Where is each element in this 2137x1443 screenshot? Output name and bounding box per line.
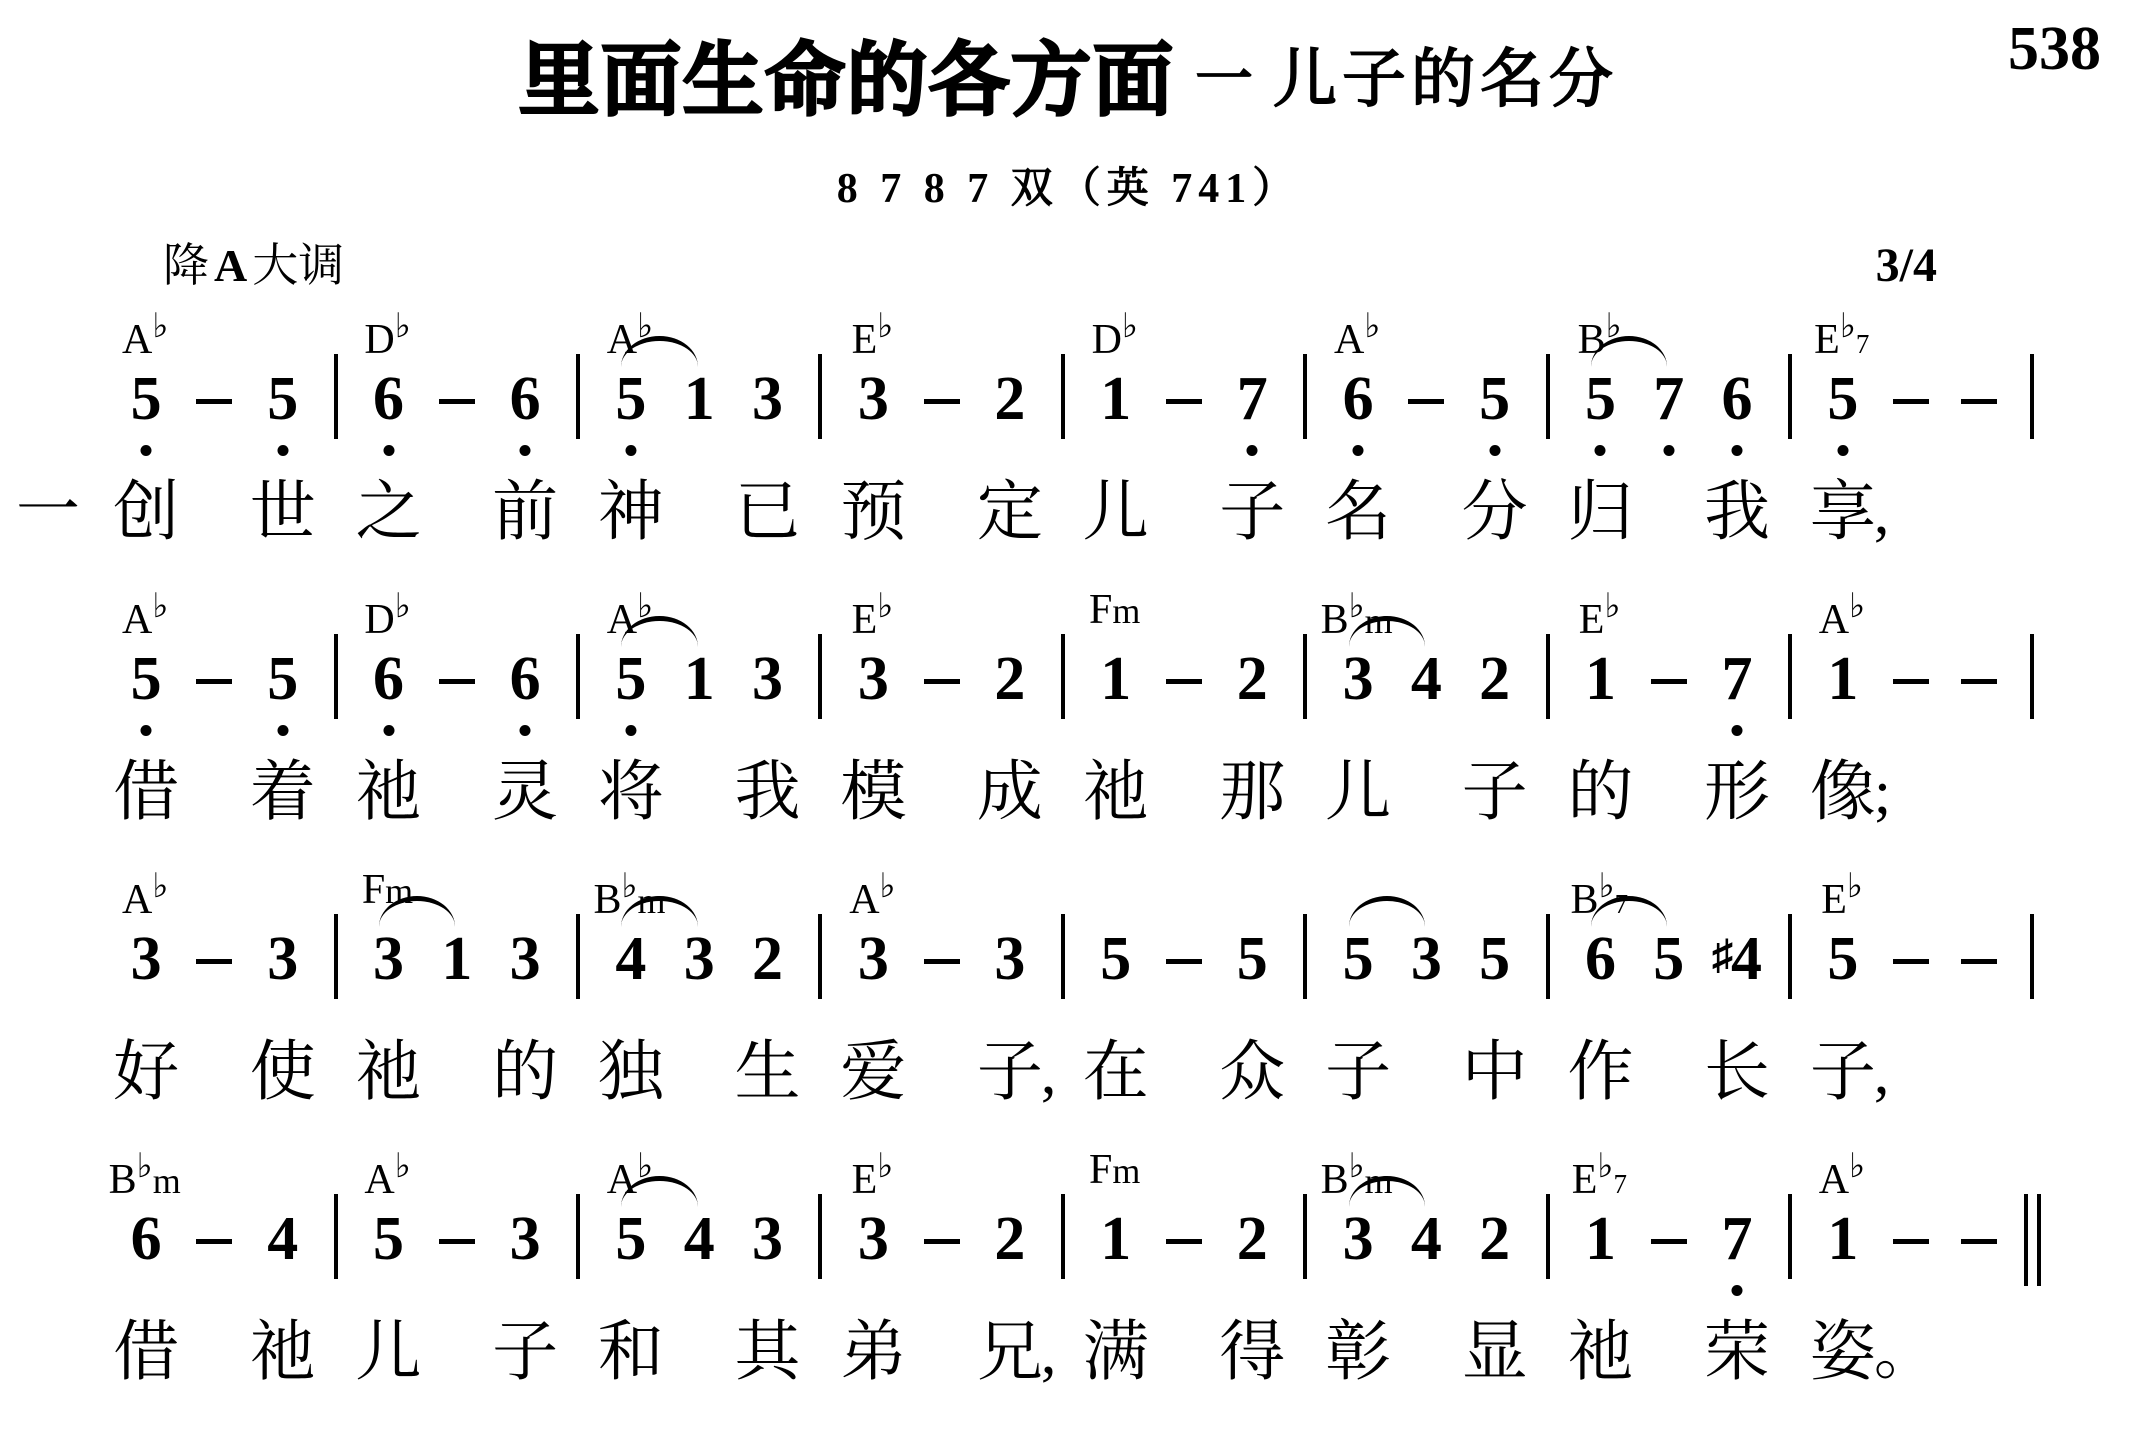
barline (818, 914, 822, 999)
barline (334, 354, 338, 439)
lyric-cell (907, 743, 975, 843)
duration-dash (1961, 399, 1997, 404)
lyric-cell: 子 (1461, 743, 1529, 843)
lyric-syllable: 祂 (1083, 747, 1149, 839)
lyric-cell (2014, 463, 2052, 563)
duration-dash (439, 1239, 475, 1244)
music-system: A♭33Fm313B♭m432A♭3355535B♭765♯4E♭5好使祂的独生… (0, 865, 2137, 1123)
note-digit: 3 (1411, 923, 1442, 995)
barline (1303, 354, 1307, 439)
lyric-cell (317, 463, 355, 563)
flat-sign: ♭ (1349, 588, 1365, 625)
lyric-cell: 归 (1566, 463, 1634, 563)
lyric-syllable: 成 (977, 747, 1043, 839)
chord-root: A (364, 1157, 394, 1203)
flat-sign: ♭ (152, 308, 168, 345)
duration-dash (439, 399, 475, 404)
note-cell (1635, 643, 1703, 719)
lyric-cell: 祂 (1566, 1303, 1634, 1403)
chord-root: A (849, 877, 879, 923)
octave-dot (1595, 445, 1606, 456)
lyric-cell: 分 (1461, 463, 1529, 563)
barline-cell (1044, 1203, 1082, 1279)
lyric-cell: 之 (354, 463, 422, 563)
barline (2030, 634, 2034, 719)
note-cell: 4 (1392, 643, 1460, 719)
barline-cell (1771, 363, 1809, 439)
note-cell: 2 (1218, 643, 1286, 719)
lyric-syllable: 前 (492, 467, 558, 559)
time-signature: 3/4 (1876, 238, 1937, 293)
lyric-cell (1945, 743, 2013, 843)
octave-dot (1732, 1285, 1743, 1296)
lyric-cell: 儿 (1324, 743, 1392, 843)
flat-sign: ♭ (395, 1148, 411, 1185)
duration-dash (1893, 959, 1929, 964)
chord-root: A (122, 597, 152, 643)
chord-root: E (852, 1157, 878, 1203)
note-digit: 5 (131, 643, 162, 715)
duration-dash (924, 1239, 960, 1244)
lyric-syllable: 神 (598, 467, 664, 559)
note-digit: 4 (684, 1203, 715, 1275)
lyric-cell: 使 (249, 1023, 317, 1123)
lyric-cell (1044, 743, 1082, 843)
lyric-cell: 世 (249, 463, 317, 563)
lyric-syllable: 我 (1704, 467, 1770, 559)
duration-dash (439, 679, 475, 684)
chord-root: A (1819, 1157, 1849, 1203)
note-cell: B♭m4 (597, 923, 665, 999)
note-digit: 5 (1827, 923, 1858, 995)
note-digit: 5 (373, 1203, 404, 1275)
duration-dash (1961, 679, 1997, 684)
barline-cell (1044, 363, 1082, 439)
lyric-syllable: 享, (1810, 467, 1876, 559)
note-cell (1945, 1203, 2013, 1279)
octave-dot (141, 725, 152, 736)
barline (576, 914, 580, 999)
lyric-cell: 预 (839, 463, 907, 563)
lyric-syllable: 弟 (840, 1307, 906, 1399)
barline-cell (317, 643, 355, 719)
lyric-syllable: 我 (734, 747, 800, 839)
lyric-syllable: 那 (1219, 747, 1285, 839)
lyric-cell: 得 (1218, 1303, 1286, 1403)
note-cell: 7 (1218, 363, 1286, 439)
duration-dash (1961, 959, 1997, 964)
barline (1788, 354, 1792, 439)
barline-cell (1044, 643, 1082, 719)
note-digit: 3 (510, 1203, 541, 1275)
note-cell (423, 363, 491, 439)
note-cell: B♭76 (1566, 923, 1634, 999)
note-digit: 1 (1100, 1203, 1131, 1275)
note-digit: 7 (1237, 363, 1268, 435)
lyric-syllable: 独 (598, 1027, 664, 1119)
chord-symbol: A♭ (1334, 306, 1380, 364)
duration-dash (1166, 959, 1202, 964)
lyric-cell: 在 (1082, 1023, 1150, 1123)
note-cell: B♭m3 (1324, 643, 1392, 719)
note-cell: 1 (665, 643, 733, 719)
note-cell: A♭5 (597, 363, 665, 439)
barline-cell (802, 1203, 840, 1279)
note-digit: 6 (131, 1203, 162, 1275)
chord-symbol: D♭ (364, 306, 410, 364)
note-digit: 3 (752, 1203, 783, 1275)
barline (818, 634, 822, 719)
chord-symbol: E♭ (1821, 866, 1863, 924)
barline-cell (317, 1203, 355, 1279)
chord-root: E (1814, 317, 1840, 363)
octave-dot (1247, 445, 1258, 456)
note-cell: 4 (1392, 1203, 1460, 1279)
barline (1061, 634, 1065, 719)
note-cell (907, 363, 975, 439)
note-cell (180, 643, 248, 719)
flat-sign: ♭ (1849, 1148, 1865, 1185)
barline-cell (2014, 643, 2052, 719)
barline (1303, 914, 1307, 999)
note-cell (907, 643, 975, 719)
lyric-cell: 姿。 (1809, 1303, 1877, 1403)
note-digit: 5 (1585, 363, 1616, 435)
barline-cell (1286, 1203, 1324, 1279)
lyric-cell: 子 (1324, 1023, 1392, 1123)
lyric-cell (802, 1303, 840, 1403)
lyric-cell (559, 1303, 597, 1403)
lyric-cell: 的 (1566, 743, 1634, 843)
lyric-cell (1044, 1023, 1082, 1123)
lyric-cell: 祂 (354, 743, 422, 843)
note-cell: 6 (491, 363, 559, 439)
duration-dash (196, 679, 232, 684)
lyric-cell (423, 463, 491, 563)
chord-symbol: D♭ (1092, 306, 1138, 364)
lyric-cell (559, 743, 597, 843)
chord-root: E (1821, 877, 1847, 923)
flat-sign: ♭ (395, 588, 411, 625)
lyric-syllable: 的 (1567, 747, 1633, 839)
barline-cell (1044, 923, 1082, 999)
note-cell: D♭6 (354, 643, 422, 719)
lyric-cell: 生 (733, 1023, 801, 1123)
music-system: A♭55D♭66A♭513E♭32Fm12B♭m342E♭17A♭1借着祂灵将我… (0, 585, 2137, 843)
lyric-cell (907, 463, 975, 563)
note-digit: 5 (1100, 923, 1131, 995)
note-cell: B♭m3 (1324, 1203, 1392, 1279)
lyric-cell (665, 1023, 733, 1123)
lyric-cell (1529, 1303, 1567, 1403)
barline (576, 634, 580, 719)
duration-dash (1893, 1239, 1929, 1244)
lyric-cell: 我 (1703, 463, 1771, 563)
octave-dot (383, 445, 394, 456)
note-digit: 3 (858, 1203, 889, 1275)
note-digit: 5 (1479, 363, 1510, 435)
note-digit: 1 (441, 923, 472, 995)
chord-symbol: E♭ (852, 586, 894, 644)
chord-symbol: B♭m (109, 1146, 181, 1204)
hymn-sheet: 538 里面生命的各方面 一 儿子的名分 8 7 8 7 双（英 741） 降A… (0, 0, 2137, 1443)
lyric-cell: 着 (249, 743, 317, 843)
lyric-cell (180, 463, 248, 563)
note-digit: 1 (1827, 643, 1858, 715)
chord-root: F (1089, 1147, 1112, 1193)
note-cell: D♭6 (354, 363, 422, 439)
barline (576, 1194, 580, 1279)
lyric-syllable: 爱 (840, 1027, 906, 1119)
lyric-cell: 名 (1324, 463, 1392, 563)
lyric-cell: 儿 (1082, 463, 1150, 563)
flat-sign: ♭ (1122, 308, 1138, 345)
lyric-cell (2014, 743, 2052, 843)
lyric-syllable: 将 (598, 747, 664, 839)
chord-symbol: A♭ (122, 866, 168, 924)
lyric-cell (1945, 1303, 2013, 1403)
lyric-cell: 已 (733, 463, 801, 563)
barline-cell (559, 363, 597, 439)
lyric-cell (1771, 743, 1809, 843)
lyric-cell: 众 (1218, 1023, 1286, 1123)
note-cell: 3 (733, 1203, 801, 1279)
note-cell: 6 (491, 643, 559, 719)
note-digit: 5 (267, 363, 298, 435)
lyric-cell: 创 (112, 463, 180, 563)
lyrics-row: 一创世之前神已预定儿子名分归我享, (0, 463, 2137, 563)
lyric-cell (559, 1023, 597, 1123)
note-cell (180, 363, 248, 439)
note-cell: 3 (491, 923, 559, 999)
key-prefix: 降 (163, 240, 209, 291)
lyric-cell: 模 (839, 743, 907, 843)
lyric-syllable: 得 (1219, 1307, 1285, 1399)
lyrics-row: 借祂儿子和其弟兄,满得彰显祂荣姿。 (0, 1303, 2137, 1403)
lyric-cell: 祂 (354, 1023, 422, 1123)
note-digit: 5 (131, 363, 162, 435)
lyric-syllable: 兄, (977, 1307, 1043, 1399)
lyric-cell (1771, 463, 1809, 563)
note-cell (1150, 923, 1218, 999)
key-row: 降A大调 3/4 (0, 229, 2137, 295)
octave-dot (1837, 445, 1848, 456)
lyric-cell: 我 (733, 743, 801, 843)
note-cell: 5 (1461, 363, 1529, 439)
duration-dash (924, 959, 960, 964)
chord-symbol: D♭ (364, 586, 410, 644)
lyric-cell (2014, 1023, 2052, 1123)
note-digit: 3 (994, 923, 1025, 995)
chord-root: E (852, 597, 878, 643)
note-cell (180, 1203, 248, 1279)
lyric-cell (907, 1303, 975, 1403)
chord-symbol: Fm (1089, 586, 1140, 634)
note-cell: E♭75 (1809, 363, 1877, 439)
octave-dot (277, 725, 288, 736)
lyric-cell: 好 (112, 1023, 180, 1123)
lyric-cell (180, 743, 248, 843)
note-digit: 2 (994, 363, 1025, 435)
note-cell (1635, 1203, 1703, 1279)
lyric-syllable: 荣 (1704, 1307, 1770, 1399)
chord-symbol: E♭7 (1572, 1146, 1627, 1204)
note-digit: 5 (615, 1203, 646, 1275)
chord-root: B (1321, 597, 1349, 643)
lyric-cell (559, 463, 597, 563)
chord-symbol: A♭ (849, 866, 895, 924)
note-digit: 3 (267, 923, 298, 995)
note-cell: A♭1 (1809, 643, 1877, 719)
lyric-cell (1635, 463, 1703, 563)
octave-dot (1489, 445, 1500, 456)
barline (818, 354, 822, 439)
barline (1061, 1194, 1065, 1279)
lyric-syllable: 之 (356, 467, 422, 559)
note-digit: 2 (994, 1203, 1025, 1275)
note-cell: 2 (733, 923, 801, 999)
barline (1788, 634, 1792, 719)
note-cell (1150, 643, 1218, 719)
lyric-syllable: 在 (1083, 1027, 1149, 1119)
lyric-cell (1286, 1303, 1324, 1403)
barline-cell (559, 923, 597, 999)
note-cell: 5 (1461, 923, 1529, 999)
note-cell: 2 (1218, 1203, 1286, 1279)
barline-cell (802, 923, 840, 999)
lyrics-row: 好使祂的独生爱子,在众子中作长子, (0, 1023, 2137, 1123)
barline-cell (1529, 1203, 1567, 1279)
duration-dash (1651, 1239, 1687, 1244)
barline-cell (1286, 643, 1324, 719)
lyric-cell: 满 (1082, 1303, 1150, 1403)
music-row: A♭55D♭66A♭513E♭32Fm12B♭m342E♭17A♭1 (0, 585, 2137, 719)
note-digit: 2 (1479, 1203, 1510, 1275)
note-digit: 5 (1827, 363, 1858, 435)
duration-dash (924, 679, 960, 684)
note-cell: 2 (976, 363, 1044, 439)
barline-cell (317, 923, 355, 999)
barline-cell (802, 643, 840, 719)
lyric-cell: 和 (597, 1303, 665, 1403)
note-digit: 3 (752, 363, 783, 435)
lyric-syllable: 借 (113, 1307, 179, 1399)
barline (1061, 354, 1065, 439)
note-digit: 3 (510, 923, 541, 995)
lyric-syllable: 分 (1462, 467, 1528, 559)
flat-sign: ♭ (877, 588, 893, 625)
note-digit: 5 (1343, 923, 1374, 995)
lyric-cell (423, 1023, 491, 1123)
lyric-cell (665, 743, 733, 843)
note-digit: 3 (1343, 1203, 1374, 1275)
key-signature: 降A大调 (163, 229, 344, 295)
title-main: 里面生命的各方面 (519, 16, 1175, 131)
verse-number: 一 (16, 463, 80, 559)
barline-cell (1771, 923, 1809, 999)
lyric-syllable: 预 (840, 467, 906, 559)
lyric-syllable: 模 (840, 747, 906, 839)
note-digit: 4 (615, 923, 646, 995)
lyric-cell (1392, 1023, 1460, 1123)
lyric-syllable: 作 (1567, 1027, 1633, 1119)
barline (576, 354, 580, 439)
chord-root: E (1579, 597, 1605, 643)
note-cell: 2 (976, 643, 1044, 719)
octave-dot (625, 725, 636, 736)
music-row: A♭55D♭66A♭513E♭32D♭17A♭65B♭576E♭75 (0, 305, 2137, 439)
barline-cell (2014, 1203, 2052, 1279)
music-system: A♭55D♭66A♭513E♭32D♭17A♭65B♭576E♭75一创世之前神… (0, 305, 2137, 563)
note-digit: 3 (752, 643, 783, 715)
barline (1788, 914, 1792, 999)
note-digit: 4 (1411, 643, 1442, 715)
note-digit: 3 (858, 643, 889, 715)
note-digit: 3 (131, 923, 162, 995)
note-digit: 6 (1343, 363, 1374, 435)
note-cell: B♭5 (1566, 363, 1634, 439)
lyric-cell (1392, 1303, 1460, 1403)
lyric-cell (1771, 1023, 1809, 1123)
note-cell: 3 (733, 643, 801, 719)
barline (2037, 1194, 2041, 1286)
lyric-cell (1771, 1303, 1809, 1403)
music-row: A♭33Fm313B♭m432A♭3355535B♭765♯4E♭5 (0, 865, 2137, 999)
note-digit: 6 (510, 363, 541, 435)
lyric-cell (1635, 1303, 1703, 1403)
chord-symbol: E♭ (852, 1146, 894, 1204)
note-cell: A♭5 (354, 1203, 422, 1279)
note-cell: E♭5 (1809, 923, 1877, 999)
note-digit: 2 (1237, 643, 1268, 715)
barline (334, 1194, 338, 1279)
flat-sign: ♭ (1349, 1148, 1365, 1185)
octave-dot (141, 445, 152, 456)
note-digit: 5 (1237, 923, 1268, 995)
meter-line: 8 7 8 7 双（英 741） (0, 155, 2137, 215)
lyric-cell (1150, 743, 1218, 843)
lyric-syllable: 像; (1810, 747, 1876, 839)
chord-symbol: E♭7 (1814, 306, 1869, 364)
lyric-syllable: 儿 (1325, 747, 1391, 839)
lyric-cell (317, 1303, 355, 1403)
barline-cell (2014, 363, 2052, 439)
note-cell (1392, 363, 1460, 439)
note-digit: 1 (1827, 1203, 1858, 1275)
barline-cell (1771, 643, 1809, 719)
note-cell: 3 (1392, 923, 1460, 999)
note-cell: 6 (1703, 363, 1771, 439)
lyric-cell: 儿 (354, 1303, 422, 1403)
lyric-cell (1529, 743, 1567, 843)
flat-sign: ♭ (877, 308, 893, 345)
note-cell: 5 (249, 643, 317, 719)
lyric-syllable: 创 (113, 467, 179, 559)
lyric-syllable: 和 (598, 1307, 664, 1399)
chord-root: D (364, 597, 394, 643)
barline-cell (1771, 1203, 1809, 1279)
note-digit: 3 (1343, 643, 1374, 715)
note-digit: 6 (1585, 923, 1616, 995)
note-digit: 3 (373, 923, 404, 995)
lyric-syllable: 的 (492, 1027, 558, 1119)
lyrics-row: 借着祂灵将我模成祂那儿子的形像; (0, 743, 2137, 843)
barline (1303, 1194, 1307, 1279)
flat-sign: ♭ (1364, 308, 1380, 345)
lyric-syllable: 祂 (1567, 1307, 1633, 1399)
note-cell: 5 (1218, 923, 1286, 999)
chord-minor: m (1112, 591, 1140, 631)
